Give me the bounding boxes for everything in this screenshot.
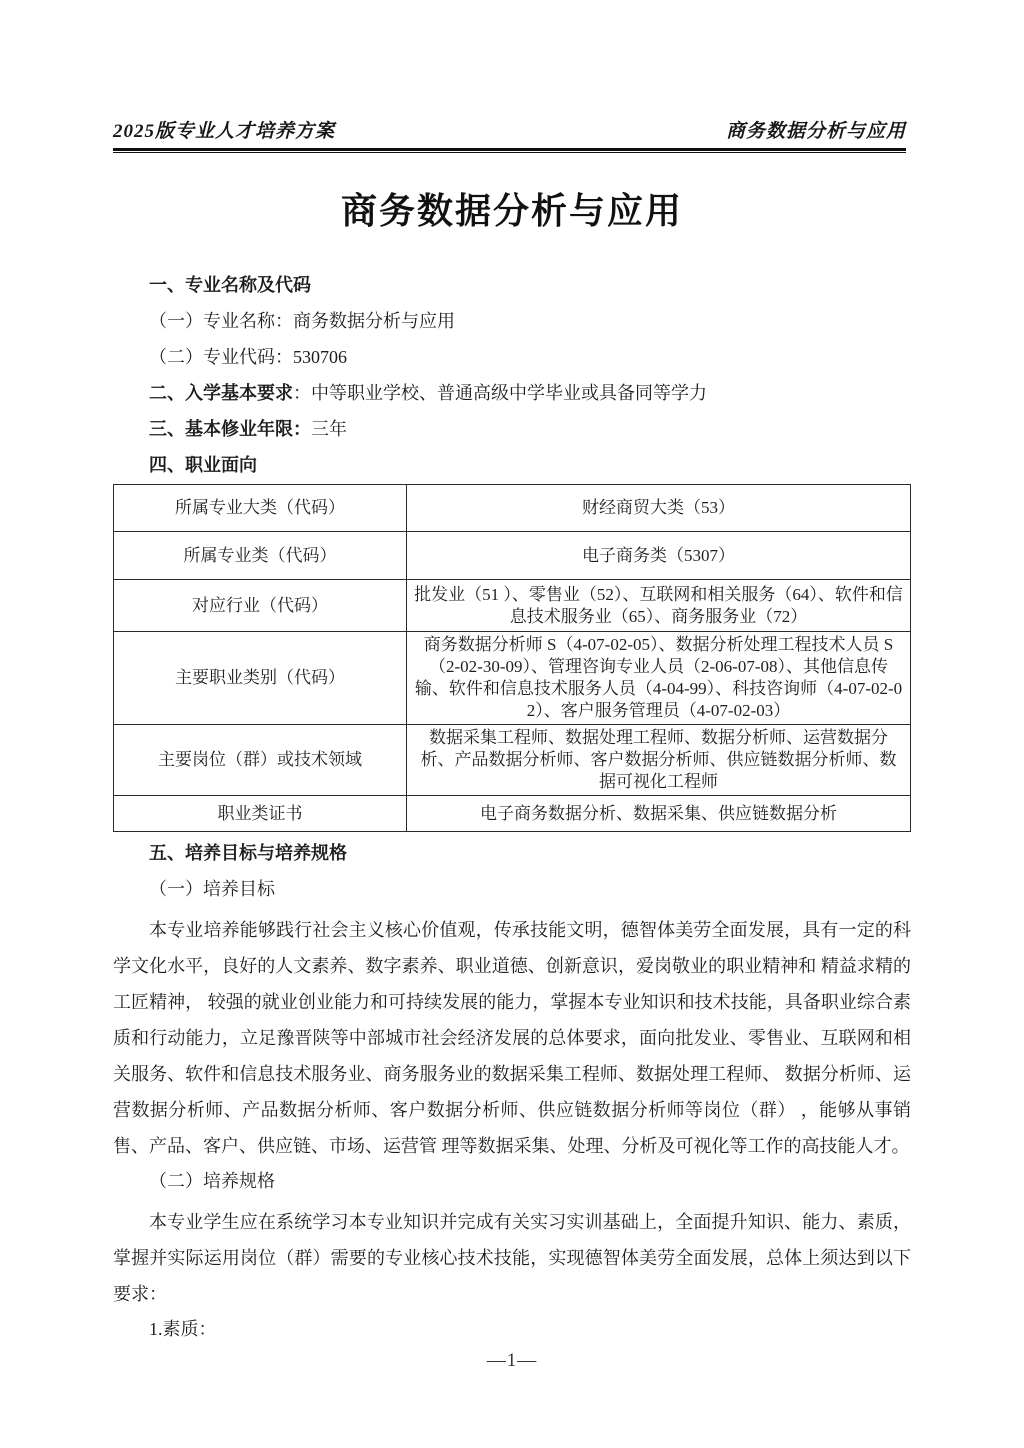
- document-page: 2025版专业人才培养方案 商务数据分析与应用 商务数据分析与应用 一、专业名称…: [0, 0, 1024, 1448]
- table-row: 主要职业类别（代码） 商务数据分析师 S（4-07-02-05）、数据分析处理工…: [114, 632, 911, 725]
- section-5-sub-1: （一）培养目标: [113, 876, 911, 902]
- training-specs-paragraph: 本专业学生应在系统学习本专业知识并完成有关实习实训基础上，全面提升知识、能力、素…: [113, 1204, 911, 1312]
- training-objectives-paragraph: 本专业培养能够践行社会主义核心价值观，传承技能文明，德智体美劳全面发展，具有一定…: [113, 912, 911, 1164]
- table-label-cell: 对应行业（代码）: [114, 580, 407, 632]
- section-3-line: 三、基本修业年限：三年: [113, 416, 911, 442]
- section-5-heading: 五、培养目标与培养规格: [113, 840, 911, 866]
- document-title: 商务数据分析与应用: [0, 183, 1024, 234]
- table-row: 所属专业类（代码） 电子商务类（5307）: [114, 532, 911, 580]
- section-2-label: 二、入学基本要求: [149, 383, 293, 403]
- table-label-cell: 所属专业类（代码）: [114, 532, 407, 580]
- section-5-sub-2: （二）培养规格: [113, 1168, 911, 1194]
- table-label-cell: 所属专业大类（代码）: [114, 485, 407, 532]
- section-3-label: 三、基本修业年限：: [149, 419, 311, 439]
- table-value-cell: 电子商务类（5307）: [407, 532, 911, 580]
- section-1-item-1: （一）专业名称：商务数据分析与应用: [113, 308, 911, 334]
- header-rule: [113, 148, 906, 153]
- career-orientation-table: 所属专业大类（代码） 财经商贸大类（53） 所属专业类（代码） 电子商务类（53…: [113, 484, 911, 832]
- section-1-item-2: （二）专业代码：530706: [113, 344, 911, 370]
- table-label-cell: 主要岗位（群）或技术领域: [114, 725, 407, 796]
- table-value-cell: 电子商务数据分析、数据采集、供应链数据分析: [407, 796, 911, 832]
- table-label-cell: 主要职业类别（代码）: [114, 632, 407, 725]
- section-4-heading: 四、职业面向: [113, 452, 911, 478]
- table-value-cell: 商务数据分析师 S（4-07-02-05）、数据分析处理工程技术人员 S（2-0…: [407, 632, 911, 725]
- table-label-cell: 职业类证书: [114, 796, 407, 832]
- section-2-line: 二、入学基本要求：中等职业学校、普通高级中学毕业或具备同等学力: [113, 380, 911, 406]
- page-header: 2025版专业人才培养方案 商务数据分析与应用: [113, 116, 906, 143]
- section-2-value: ：中等职业学校、普通高级中学毕业或具备同等学力: [293, 383, 707, 403]
- page-number: —1—: [0, 1350, 1024, 1372]
- table-row: 对应行业（代码） 批发业（51 ）、零售业（52）、互联网和相关服务（64）、软…: [114, 580, 911, 632]
- section-3-value: 三年: [311, 419, 347, 439]
- header-left-text: 2025版专业人才培养方案: [113, 116, 335, 143]
- table-row: 主要岗位（群）或技术领域 数据采集工程师、数据处理工程师、数据分析师、运营数据分…: [114, 725, 911, 796]
- table-value-cell: 数据采集工程师、数据处理工程师、数据分析师、运营数据分析、产品数据分析师、客户数…: [407, 725, 911, 796]
- quality-item-label: 1.素质：: [113, 1316, 911, 1342]
- table-row: 职业类证书 电子商务数据分析、数据采集、供应链数据分析: [114, 796, 911, 832]
- table-value-cell: 财经商贸大类（53）: [407, 485, 911, 532]
- section-1-heading: 一、专业名称及代码: [113, 272, 911, 298]
- document-body: 一、专业名称及代码 （一）专业名称：商务数据分析与应用 （二）专业代码：5307…: [113, 272, 911, 1352]
- table-value-cell: 批发业（51 ）、零售业（52）、互联网和相关服务（64）、软件和信息技术服务业…: [407, 580, 911, 632]
- header-right-text: 商务数据分析与应用: [726, 116, 906, 143]
- table-row: 所属专业大类（代码） 财经商贸大类（53）: [114, 485, 911, 532]
